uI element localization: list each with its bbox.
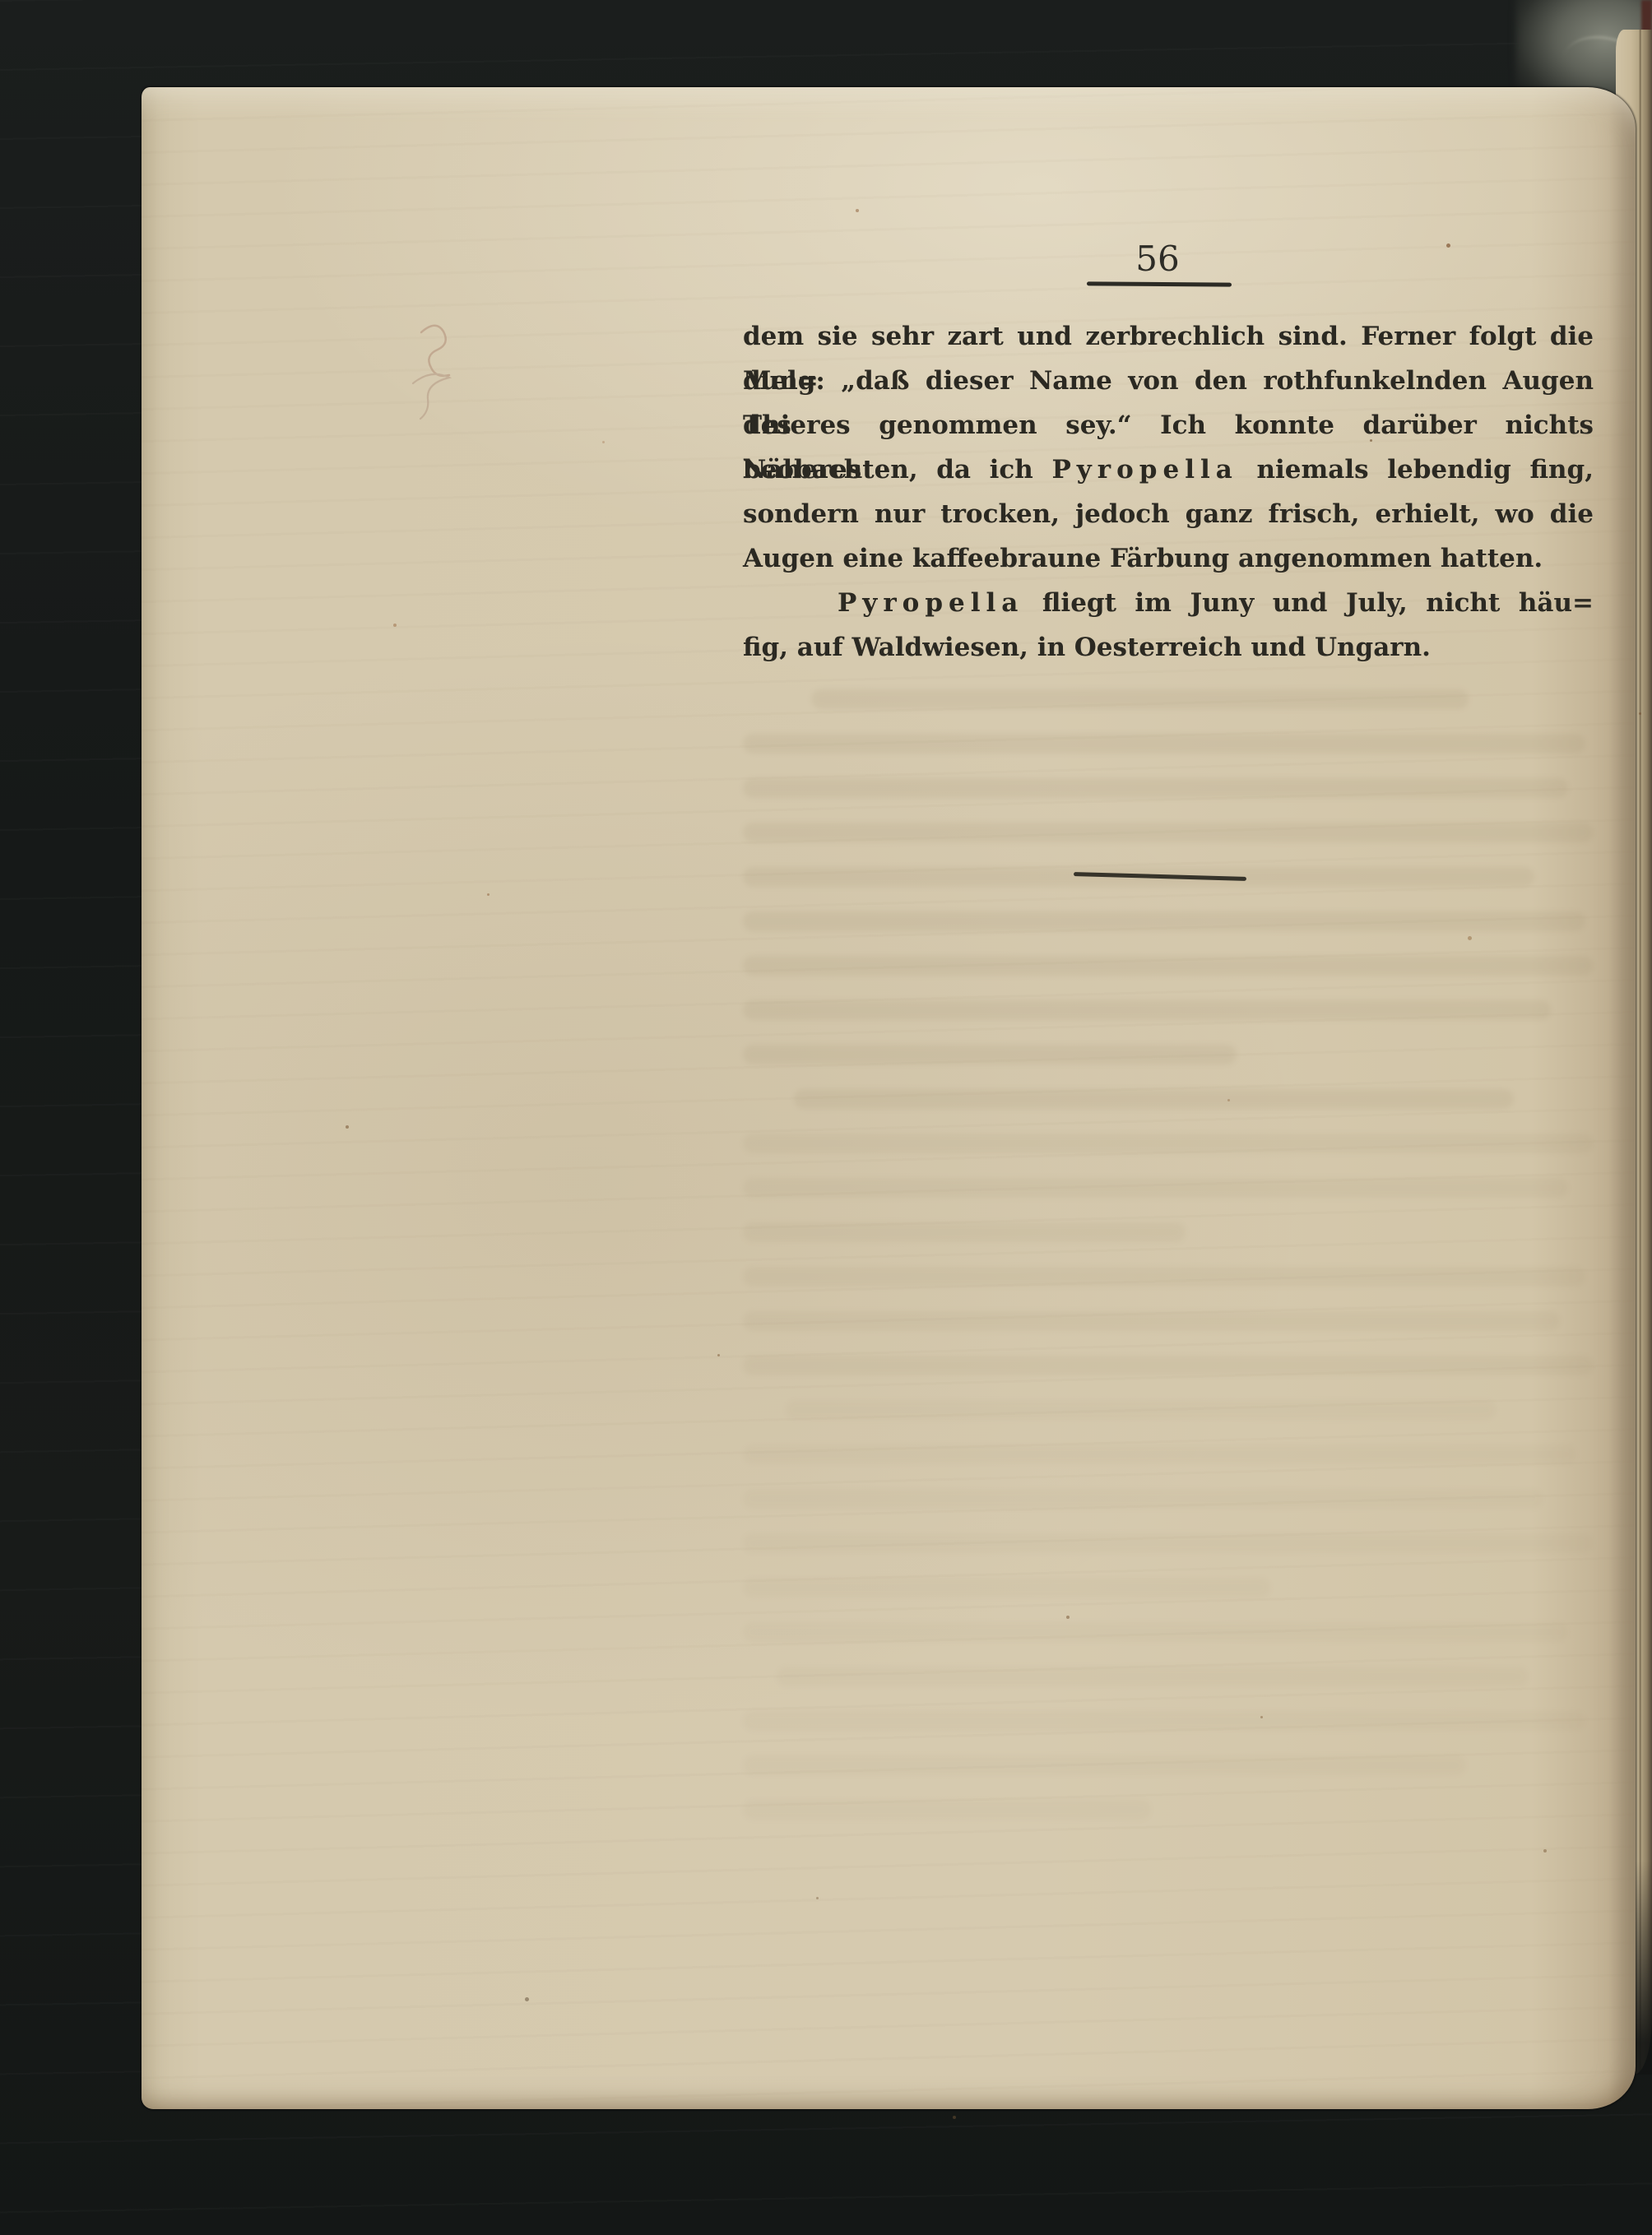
show-through-line [743,956,1594,976]
paper-speck [393,624,397,627]
text-line: Augen eine kaffeebraune Färbung angenomm… [743,536,1594,581]
show-through-line [743,734,1585,754]
paper-speck [717,1354,720,1356]
paper-speck [525,1997,529,2001]
paper-speck [816,1897,819,1899]
show-through-line [743,1622,1568,1642]
show-through-line [743,1533,1594,1553]
show-through-line [743,1444,1576,1464]
show-through-line [743,1311,1560,1331]
show-through-line [743,1045,1237,1064]
show-through-line [743,823,1594,842]
section-divider-rule [1074,872,1246,881]
show-through-line [743,1489,1543,1509]
book-page: 56 dem sie sehr zart und zerbrechlich si… [142,87,1636,2109]
paper-speck [1446,243,1450,248]
show-through-line [794,1089,1514,1109]
show-through-line [743,1800,1151,1820]
show-through-line [743,1267,1585,1287]
show-through-line [743,1711,1585,1731]
pencil-squiggle [388,314,495,438]
show-through-line [743,1000,1551,1020]
paper-speck [346,1125,349,1129]
show-through-line [786,1400,1497,1420]
show-through-line [743,1222,1186,1242]
paper-speck [602,441,605,443]
text-block: dem sie sehr zart und zerbrechlich sind.… [743,314,1594,670]
show-through-line [743,1356,1594,1375]
paper-speck [856,209,859,212]
book-scan: 56 dem sie sehr zart und zerbrechlich si… [0,0,1652,2235]
text-line: fig, auf Waldwiesen, in Oesterreich und … [743,625,1594,670]
text-line: sondern nur trocken, jedoch ganz frisch,… [743,492,1594,536]
show-through-line [743,1134,1594,1153]
show-through-line [743,911,1585,931]
show-through-line [743,778,1568,798]
text-line: Thieres genommen sey.“ Ich konnte darübe… [743,403,1594,447]
species-name: Pyropella [1051,455,1237,485]
paper-speck [487,893,490,896]
paper-speck [1260,1716,1263,1718]
paper-speck [1468,936,1472,940]
show-through-text [743,689,1594,1857]
paper-speck [1543,1849,1547,1852]
page-number: 56 [1092,240,1223,278]
show-through-line [743,1578,1270,1597]
text-line: dung: „daß dieser Name von den rothfunke… [743,359,1594,403]
show-through-line [777,1667,1528,1686]
paper-speck [1066,1616,1070,1619]
page-number-rule [1087,281,1232,286]
text-line: Pyropella fliegt im Juny und July, nicht… [743,581,1594,625]
paper-speck [953,2116,956,2119]
species-name: Pyropella [838,588,1023,618]
paper-speck [1227,1099,1230,1101]
text-line: dem sie sehr zart und zerbrechlich sind.… [743,314,1594,359]
show-through-line [743,1755,1466,1775]
text-line: beobachten, da ich Pyropella niemals leb… [743,447,1594,492]
show-through-line [743,1178,1568,1198]
show-through-line [811,689,1469,709]
